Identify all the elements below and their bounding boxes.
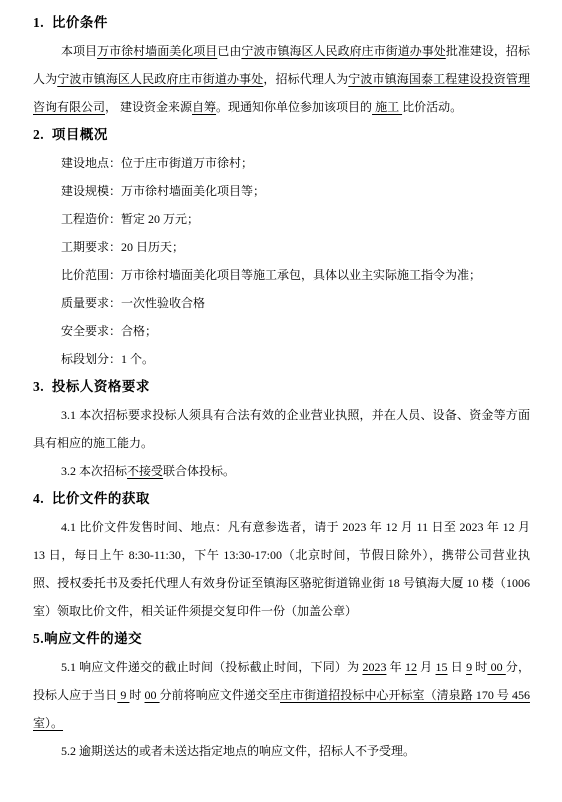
- text-run: 建设规模：万市徐村墙面美化项目等；: [61, 184, 265, 198]
- underlined-text: 自筹: [192, 100, 216, 114]
- underlined-text: 施工: [372, 100, 402, 114]
- text-run: 日: [448, 660, 467, 674]
- underlined-text: 宁波市镇海区人民政府庄市街道办事处: [57, 72, 263, 86]
- text-run: 3.1 本次招标要求投标人须具有合法有效的企业营业执照，并在人员、设备、资金等方…: [33, 408, 530, 450]
- text-run: 年: [386, 660, 405, 674]
- underlined-text: 00: [487, 660, 505, 674]
- section-heading: 2. 项目概况: [33, 121, 530, 149]
- bid-invitation-document: 1. 比价条件 本项目万市徐村墙面美化项目已由宁波市镇海区人民政府庄市街道办事处…: [0, 0, 562, 802]
- text-run: 建设地点：位于庄市街道万市徐村；: [61, 156, 253, 170]
- paragraph: 比价范围：万市徐村墙面美化项目等施工承包，具体以业主实际施工指令为准；: [33, 261, 530, 289]
- paragraph: 建设规模：万市徐村墙面美化项目等；: [33, 177, 530, 205]
- text-run: 标段划分：1 个。: [61, 352, 154, 366]
- text-run: ，招标代理人为: [263, 72, 348, 86]
- section-body: 本项目万市徐村墙面美化项目已由宁波市镇海区人民政府庄市街道办事处批准建设，招标人…: [33, 37, 530, 121]
- text-run: 安全要求：合格；: [61, 324, 157, 338]
- underlined-text: 万市徐村墙面美化项目: [97, 44, 217, 58]
- section-body: 3.1 本次招标要求投标人须具有合法有效的企业营业执照，并在人员、设备、资金等方…: [33, 401, 530, 485]
- underlined-text: 宁波市镇海区人民政府庄市街道办事处: [241, 44, 445, 58]
- underlined-text: 2023: [362, 660, 386, 674]
- underlined-text: 12: [405, 660, 417, 674]
- underlined-text: 不接受: [127, 464, 163, 478]
- paragraph: 3.1 本次招标要求投标人须具有合法有效的企业营业执照，并在人员、设备、资金等方…: [33, 401, 530, 457]
- text-run: 质量要求：一次性验收合格: [61, 296, 205, 310]
- text-run: 4.1 比价文件发售时间、地点：凡有意参选者，请于 2023 年 12 月 11…: [33, 520, 530, 618]
- section-heading: 1. 比价条件: [33, 9, 530, 37]
- text-run: 比价范围：万市徐村墙面美化项目等施工承包，具体以业主实际施工指令为准；: [61, 268, 481, 282]
- underlined-text: 9: [117, 688, 129, 702]
- text-run: 本项目: [61, 44, 97, 58]
- text-run: 分前将响应文件递交至: [160, 688, 280, 702]
- text-run: 5.1 响应文件递交的截止时间（投标截止时间，下同）为: [61, 660, 362, 674]
- text-run: 月: [417, 660, 436, 674]
- text-run: 3.2 本次招标: [61, 464, 127, 478]
- paragraph: 4.1 比价文件发售时间、地点：凡有意参选者，请于 2023 年 12 月 11…: [33, 513, 530, 625]
- text-run: 联合体投标。: [163, 464, 235, 478]
- section-heading: 4. 比价文件的获取: [33, 485, 530, 513]
- section-body: 4.1 比价文件发售时间、地点：凡有意参选者，请于 2023 年 12 月 11…: [33, 513, 530, 625]
- paragraph: 5.2 逾期送达的或者未送达指定地点的响应文件，招标人不予受理。: [33, 737, 530, 765]
- text-run: 工程造价：暂定 20 万元；: [61, 212, 199, 226]
- section-bid-conditions: 1. 比价条件 本项目万市徐村墙面美化项目已由宁波市镇海区人民政府庄市街道办事处…: [33, 9, 530, 121]
- text-run: 已由: [217, 44, 241, 58]
- section-project-overview: 2. 项目概况 建设地点：位于庄市街道万市徐村；建设规模：万市徐村墙面美化项目等…: [33, 121, 530, 373]
- section-document-acquisition: 4. 比价文件的获取 4.1 比价文件发售时间、地点：凡有意参选者，请于 202…: [33, 485, 530, 625]
- text-run: 工期要求：20 日历天；: [61, 240, 184, 254]
- text-run: ， 建设资金来源: [105, 100, 192, 114]
- text-run: 时: [129, 688, 144, 702]
- paragraph: 建设地点：位于庄市街道万市徐村；: [33, 149, 530, 177]
- paragraph: 本项目万市徐村墙面美化项目已由宁波市镇海区人民政府庄市街道办事处批准建设，招标人…: [33, 37, 530, 121]
- section-bidder-qualifications: 3. 投标人资格要求 3.1 本次招标要求投标人须具有合法有效的企业营业执照，并…: [33, 373, 530, 485]
- underlined-text: 00: [145, 688, 160, 702]
- underlined-text: 15: [436, 660, 448, 674]
- text-run: 。现通知你单位参加该项目的: [216, 100, 372, 114]
- section-heading: 3. 投标人资格要求: [33, 373, 530, 401]
- paragraph: 安全要求：合格；: [33, 317, 530, 345]
- section-response-submission: 5.响应文件的递交 5.1 响应文件递交的截止时间（投标截止时间，下同）为 20…: [33, 625, 530, 765]
- section-body: 建设地点：位于庄市街道万市徐村；建设规模：万市徐村墙面美化项目等；工程造价：暂定…: [33, 149, 530, 373]
- text-run: 比价活动。: [402, 100, 462, 114]
- paragraph: 3.2 本次招标不接受联合体投标。: [33, 457, 530, 485]
- section-heading: 5.响应文件的递交: [33, 625, 530, 653]
- paragraph: 5.1 响应文件递交的截止时间（投标截止时间，下同）为 2023 年 12 月 …: [33, 653, 530, 737]
- text-run: 5.2 逾期送达的或者未送达指定地点的响应文件，招标人不予受理。: [61, 744, 415, 758]
- paragraph: 标段划分：1 个。: [33, 345, 530, 373]
- text-run: 时: [472, 660, 487, 674]
- paragraph: 质量要求：一次性验收合格: [33, 289, 530, 317]
- paragraph: 工程造价：暂定 20 万元；: [33, 205, 530, 233]
- paragraph: 工期要求：20 日历天；: [33, 233, 530, 261]
- section-body: 5.1 响应文件递交的截止时间（投标截止时间，下同）为 2023 年 12 月 …: [33, 653, 530, 765]
